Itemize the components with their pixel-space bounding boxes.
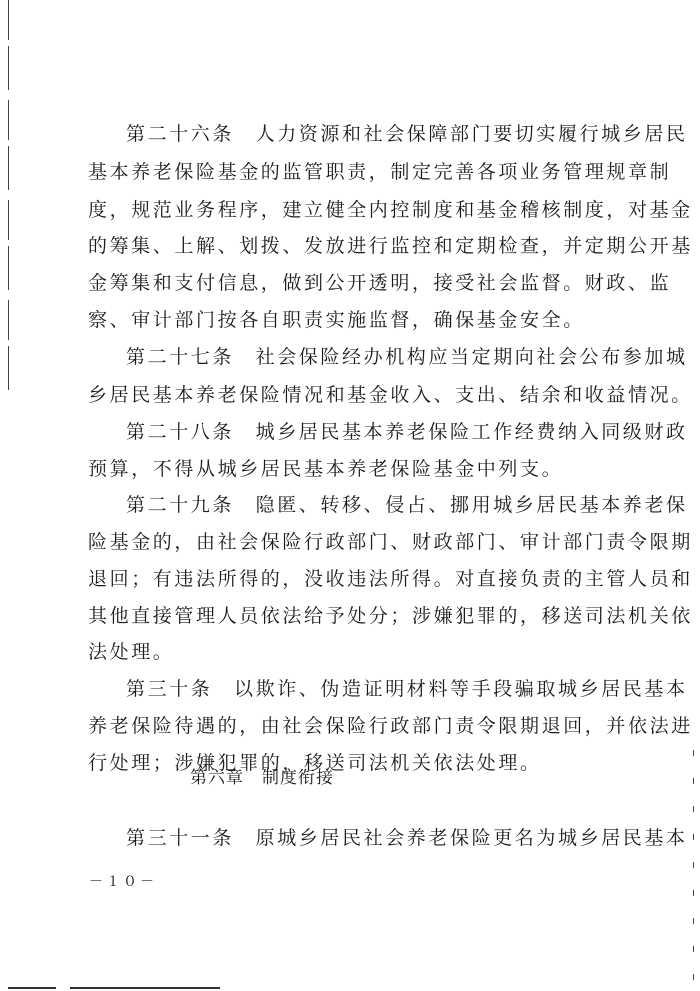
article-29-line-2: 险基金的，由社会保险行政部门、财政部门、审计部门责令限期 <box>88 530 693 554</box>
chapter-heading: 第六章 制度衔接 <box>190 763 334 788</box>
article-29-line-5: 法处理。 <box>88 640 174 664</box>
scan-artifact-left-edge <box>8 0 9 400</box>
article-27-line-2: 乡居民基本养老保险情况和基金收入、支出、结余和收益情况。 <box>88 383 693 407</box>
article-26-line-1: 第二十六条 人力资源和社会保障部门要切实履行城乡居民 <box>126 122 688 146</box>
scan-artifact-bottom-line <box>70 987 220 989</box>
article-28-line-2: 预算，不得从城乡居民基本养老保险基金中列支。 <box>88 457 563 481</box>
article-29-line-4: 其他直接管理人员依法给予处分；涉嫌犯罪的，移送司法机关依 <box>88 604 693 628</box>
scan-artifact-right-edge <box>693 750 694 980</box>
article-30-line-2: 养老保险待遇的，由社会保险行政部门责令限期退回，并依法进 <box>88 714 693 738</box>
article-26-line-6: 察、审计部门按各自职责实施监督，确保基金安全。 <box>88 308 585 332</box>
article-29-line-1: 第二十九条 隐匿、转移、侵占、挪用城乡居民基本养老保 <box>126 493 688 517</box>
article-28-line-1: 第二十八条 城乡居民基本养老保险工作经费纳入同级财政 <box>126 420 688 444</box>
article-31-line-1: 第三十一条 原城乡居民社会养老保险更名为城乡居民基本 <box>126 826 688 850</box>
article-29-line-3: 退回；有违法所得的，没收违法所得。对直接负责的主管人员和 <box>88 567 693 591</box>
page-number: －１０－ <box>89 871 157 891</box>
article-26-line-3: 度，规范业务程序，建立健全内控制度和基金稽核制度，对基金 <box>88 198 693 222</box>
article-26-line-5: 金筹集和支付信息，做到公开透明，接受社会监督。财政、监 <box>88 271 671 295</box>
article-30-line-1: 第三十条 以欺诈、伪造证明材料等手段骗取城乡居民基本 <box>126 677 688 701</box>
article-26-line-4: 的筹集、上解、划拨、发放进行监控和定期检查，并定期公开基 <box>88 234 693 258</box>
scan-artifact-bottom-line <box>8 987 56 989</box>
article-26-line-2: 基本养老保险基金的监管职责，制定完善各项业务管理规章制 <box>88 160 671 184</box>
article-27-line-1: 第二十七条 社会保险经办机构应当定期向社会公布参加城 <box>126 345 688 369</box>
